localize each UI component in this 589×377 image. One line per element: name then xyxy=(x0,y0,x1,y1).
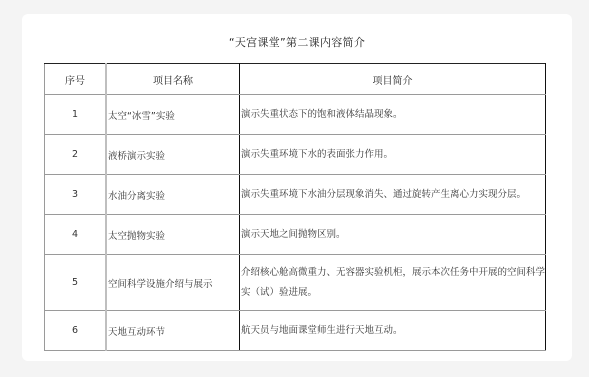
table-row: 6 天地互动环节 航天员与地面课堂师生进行天地互动。 xyxy=(45,311,546,351)
row-description: 演示天地之间抛物区别。 xyxy=(240,215,546,255)
header-project-description: 项目简介 xyxy=(240,64,546,95)
row-number: 5 xyxy=(45,255,107,311)
row-name: 太空抛物实验 xyxy=(106,215,240,255)
header-project-name: 项目名称 xyxy=(106,64,240,95)
document-title: “天宫课堂”第二课内容简介 xyxy=(22,34,572,50)
row-description: 介绍核心舱高微重力、无容器实验机柜，展示本次任务中开展的空间科学实（试）验进展。 xyxy=(240,255,546,311)
header-number: 序号 xyxy=(45,64,107,95)
row-number: 4 xyxy=(45,215,107,255)
content-card: “天宫课堂”第二课内容简介 序号 项目名称 项目简介 1 太空“冰雪”实验 演示… xyxy=(22,14,572,361)
row-number: 1 xyxy=(45,95,107,135)
row-name: 液桥演示实验 xyxy=(106,135,240,175)
table-row: 5 空间科学设施介绍与展示 介绍核心舱高微重力、无容器实验机柜，展示本次任务中开… xyxy=(45,255,546,311)
row-description: 航天员与地面课堂师生进行天地互动。 xyxy=(240,311,546,351)
row-number: 2 xyxy=(45,135,107,175)
row-name: 水油分离实验 xyxy=(106,175,240,215)
table-row: 3 水油分离实验 演示失重环境下水油分层现象消失、通过旋转产生离心力实现分层。 xyxy=(45,175,546,215)
row-description: 演示失重环境下水的表面张力作用。 xyxy=(240,135,546,175)
content-table: 序号 项目名称 项目简介 1 太空“冰雪”实验 演示失重状态下的饱和液体结晶现象… xyxy=(44,63,546,351)
table-header-row: 序号 项目名称 项目简介 xyxy=(45,64,546,95)
row-name: 太空“冰雪”实验 xyxy=(106,95,240,135)
row-number: 6 xyxy=(45,311,107,351)
table-row: 1 太空“冰雪”实验 演示失重状态下的饱和液体结晶现象。 xyxy=(45,95,546,135)
row-description: 演示失重环境下水油分层现象消失、通过旋转产生离心力实现分层。 xyxy=(240,175,546,215)
row-number: 3 xyxy=(45,175,107,215)
table-row: 2 液桥演示实验 演示失重环境下水的表面张力作用。 xyxy=(45,135,546,175)
row-name: 空间科学设施介绍与展示 xyxy=(106,255,240,311)
row-description: 演示失重状态下的饱和液体结晶现象。 xyxy=(240,95,546,135)
table-row: 4 太空抛物实验 演示天地之间抛物区别。 xyxy=(45,215,546,255)
row-name: 天地互动环节 xyxy=(106,311,240,351)
